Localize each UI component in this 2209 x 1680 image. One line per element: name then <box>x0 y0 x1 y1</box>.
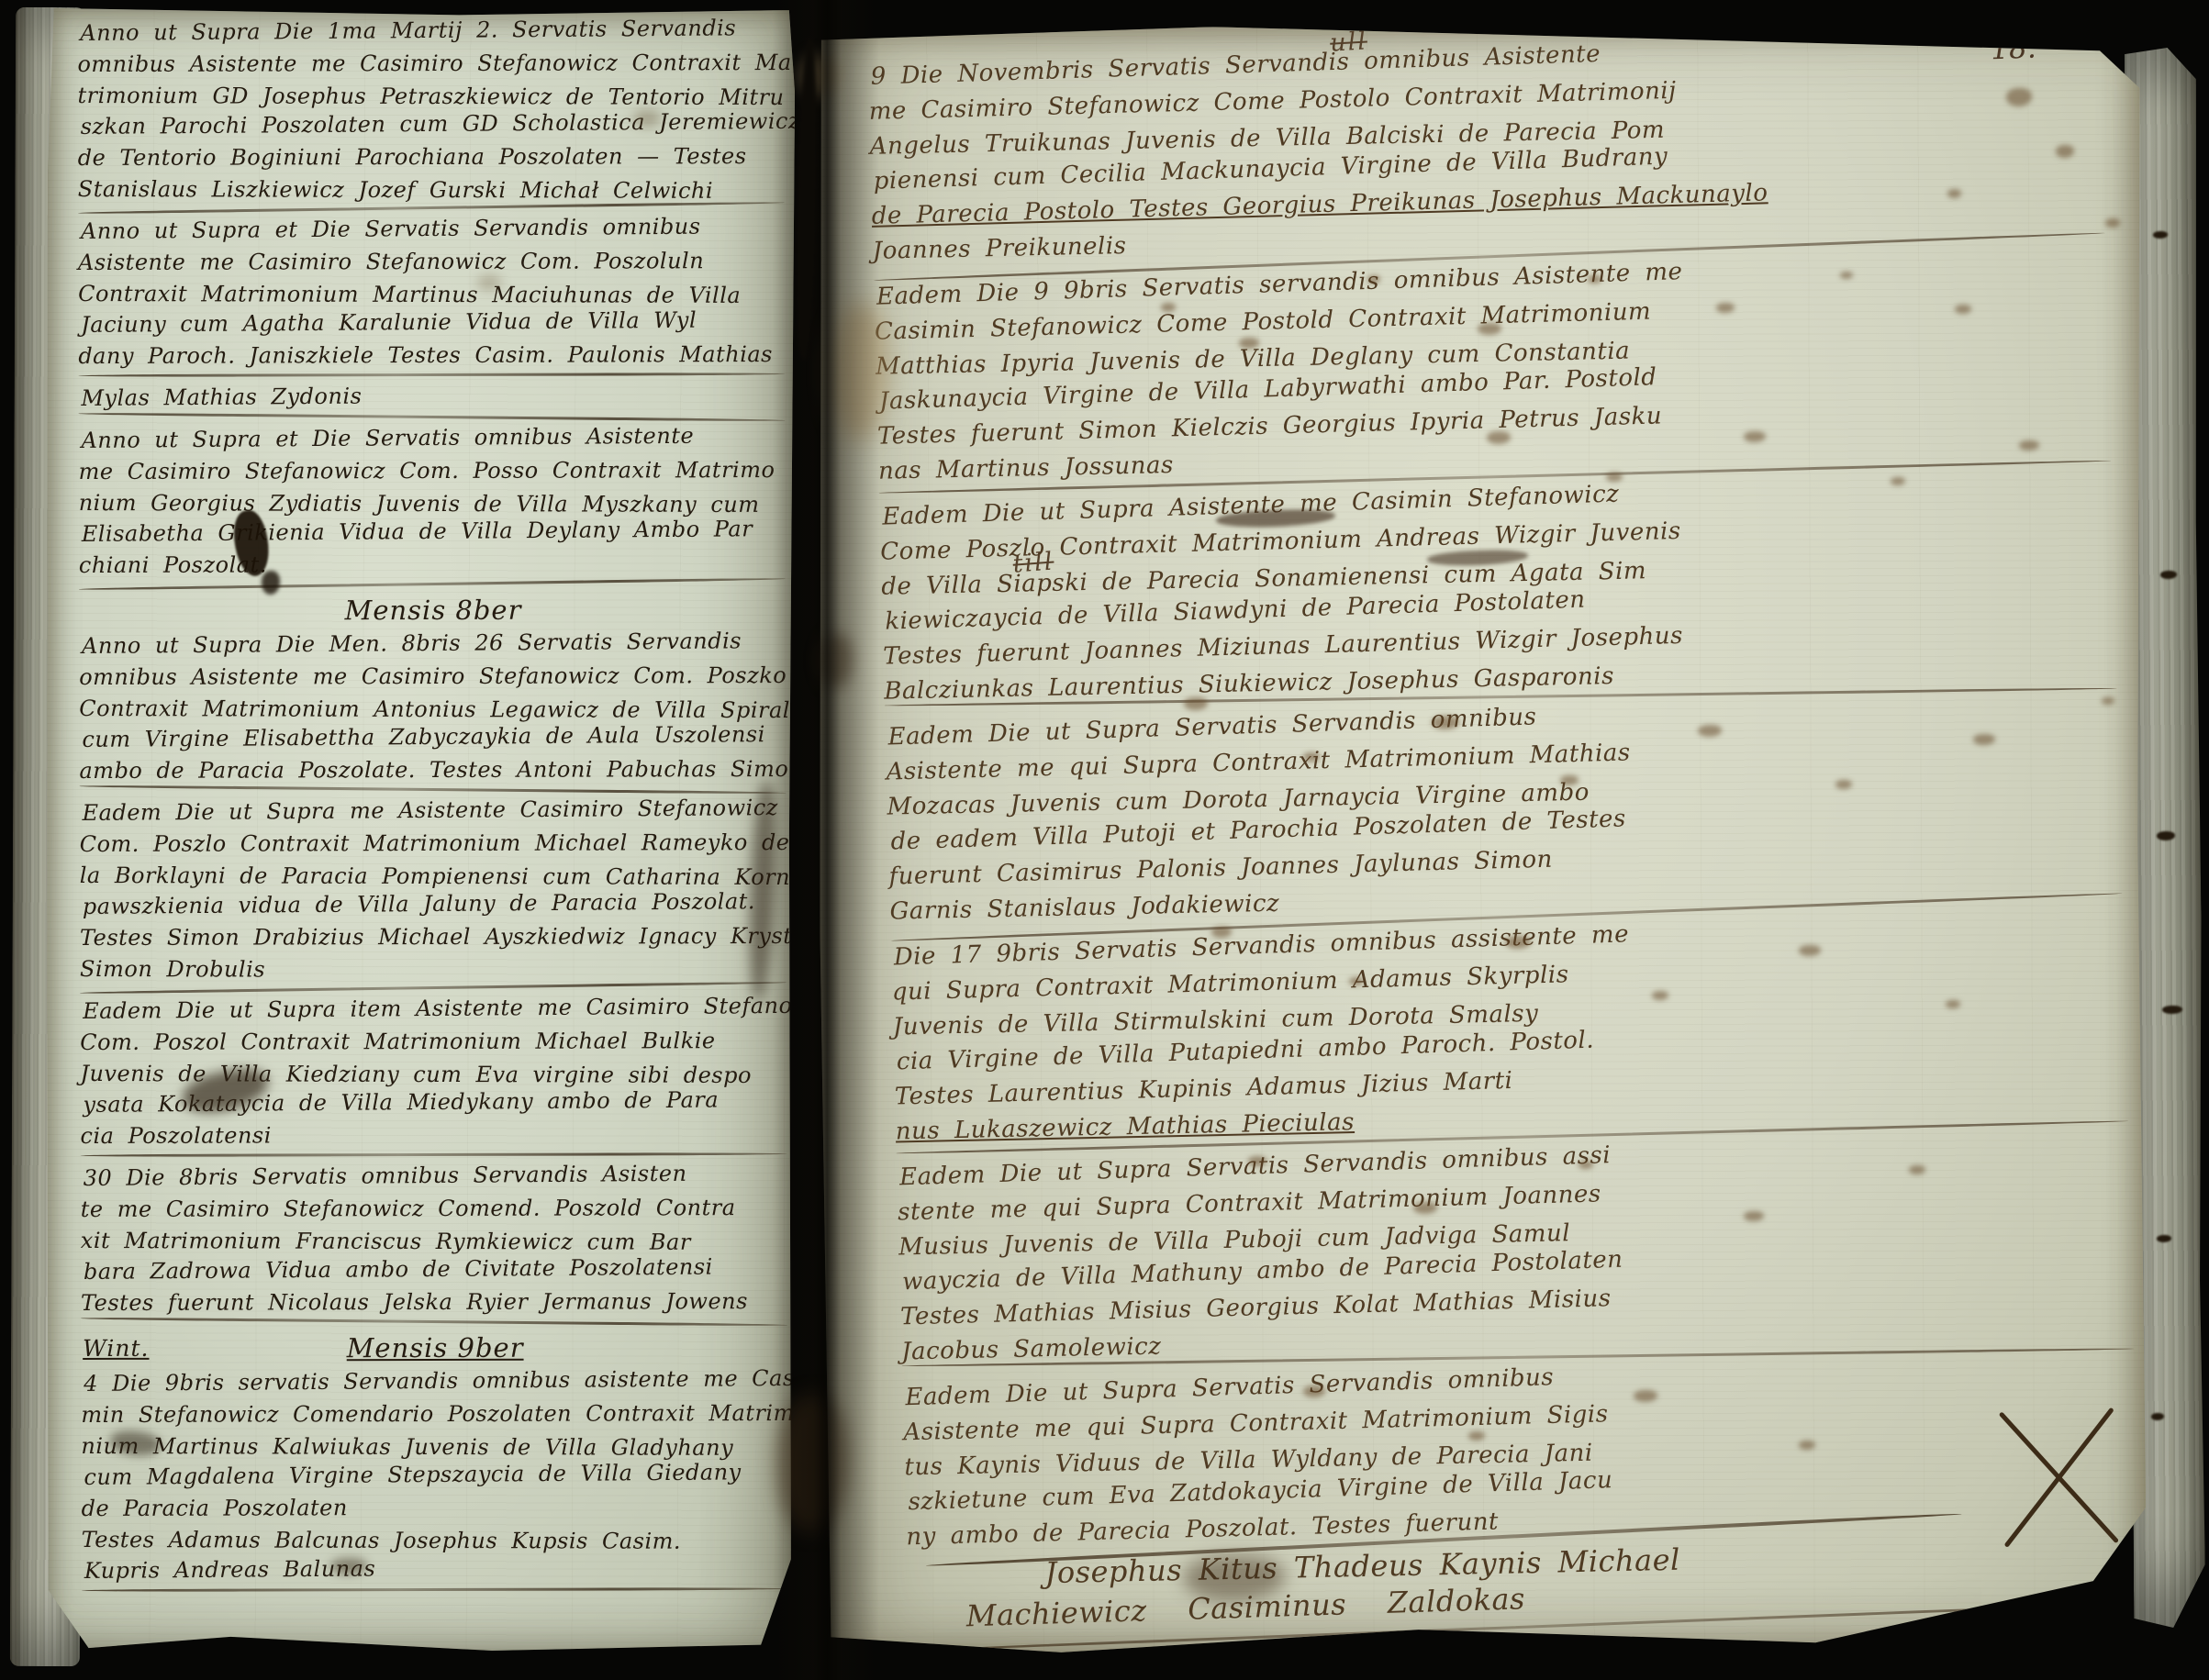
manuscript-line: omnibus Asistente me Casimiro Stefanowic… <box>77 47 786 80</box>
manuscript-line: de Paracia Poszolaten <box>82 1491 790 1524</box>
manuscript-line: Eadem Die ut Supra me Asistente Casimiro… <box>82 792 790 829</box>
manuscript-line: Com. Poszol Contraxit Matrimonium Michae… <box>80 1025 788 1058</box>
register-entry: Die 17 9bris Servatis Servandis omnibus … <box>890 907 2130 1149</box>
manuscript-line: ambo de Paracia Poszolate. Testes Antoni… <box>79 753 787 786</box>
register-entry: Anno ut Supra Die Men. 8bris 26 Servatis… <box>79 629 787 786</box>
manuscript-line: omnibus Asistente me Casimiro Stefanowic… <box>79 660 787 693</box>
register-entry: Eadem Die ut Supra Servatis Servandis om… <box>902 1348 2143 1639</box>
manuscript-line: ysata Kokataycia de Villa Miedykany ambo… <box>83 1084 791 1120</box>
manuscript-line: te me Casimiro Stefanowicz Comend. Poszo… <box>81 1192 789 1225</box>
register-entry: Eadem Die ut Supra Servatis Servandis om… <box>885 687 2125 929</box>
month-heading: Mensis 8ber <box>79 590 787 630</box>
entry-separator-rule <box>81 1317 787 1326</box>
manuscript-line: Com. Poszlo Contraxit Matrimonium Michae… <box>80 827 788 860</box>
left-page: Anno ut Supra Die 1ma Martij 2. Servatis… <box>44 8 796 1658</box>
manuscript-line: Asistente me Casimiro Stefanowicz Com. P… <box>78 245 787 278</box>
manuscript-line: Elisabetha Grikienia Vidua de Villa Deyl… <box>82 513 790 550</box>
manuscript-line: pawszkienia vidua de Villa Jaluny de Par… <box>83 885 791 922</box>
register-entry: Eadem Die ut Supra me Asistente Casimiro… <box>80 795 789 985</box>
manuscript-line: Eadem Die ut Supra item Asistente me Cas… <box>83 990 791 1027</box>
book-spread: Anno ut Supra Die 1ma Martij 2. Servatis… <box>0 0 2209 1680</box>
manuscript-line: bara Zadrowa Vidua ambo de Civitate Posz… <box>84 1251 792 1287</box>
register-entry: Anno ut Supra et Die Servatis omnibus As… <box>78 423 787 581</box>
x-mark-stroke <box>1998 1411 2119 1543</box>
register-entry: Anno ut Supra Die 1ma Martij 2. Servatis… <box>77 16 787 205</box>
manuscript-line: Anno ut Supra Die Men. 8bris 26 Servatis… <box>82 625 790 662</box>
manuscript-line: dany Paroch. Janiszkiele Testes Casim. P… <box>78 339 787 372</box>
manuscript-line: Stanislaus Liszkiewicz Jozef Gurski Mich… <box>78 173 787 206</box>
entry-separator-rule <box>82 1587 788 1592</box>
register-entry: Mylas Mathias Zydonis <box>78 381 787 414</box>
manuscript-line: cia Poszolatensi <box>80 1118 788 1152</box>
register-entry: Eadem Die 9 9bris Servatis servandis omn… <box>874 248 2114 489</box>
gutter-gap <box>794 39 819 360</box>
month-heading: Mensis 9berWint. <box>81 1328 789 1368</box>
register-entry: 4 Die 9bris servatis Servandis omnibus a… <box>81 1366 790 1586</box>
margin-note: Wint. <box>83 1330 149 1368</box>
manuscript-line: cum Magdalena Virgine Stepszaycia de Vil… <box>84 1456 792 1493</box>
manuscript-line: Testes fuerunt Nicolaus Jelska Ryier Jer… <box>81 1285 789 1318</box>
manuscript-line: Jaciuny cum Agatha Karalunie Vidua de Vi… <box>81 304 789 340</box>
register-entry: Anno ut Supra et Die Servatis Servandis … <box>78 214 787 372</box>
manuscript-line: de Tentorio Boginiuni Parochiana Poszola… <box>78 140 787 173</box>
manuscript-line: 4 Die 9bris servatis Servandis omnibus a… <box>84 1363 792 1399</box>
left-page-text: Anno ut Supra Die 1ma Martij 2. Servatis… <box>77 16 790 1597</box>
manuscript-line: cum Virgine Elisabettha Zabyczaykia de A… <box>82 718 790 755</box>
register-entry: 9 Die Novembris Servatis Servandis omnib… <box>867 28 2107 269</box>
manuscript-line: min Stefanowicz Comendario Poszolaten Co… <box>81 1397 789 1430</box>
register-entry: Eadem Die ut Supra Servatis Servandis om… <box>897 1128 2136 1369</box>
manuscript-line: szkan Parochi Poszolaten cum GD Scholast… <box>81 106 789 142</box>
manuscript-line: me Casimiro Stefanowicz Com. Posso Contr… <box>79 454 787 487</box>
entry-separator-rule <box>81 1152 787 1157</box>
manuscript-line: Anno ut Supra Die 1ma Martij 2. Servatis… <box>80 12 788 49</box>
manuscript-line: Anno ut Supra et Die Servatis omnibus As… <box>81 419 789 456</box>
manuscript-line: Kupris Andreas Balunas <box>84 1550 793 1586</box>
manuscript-line: Testes Simon Drabizius Michael Ayszkiedw… <box>80 920 788 953</box>
entry-separator-rule <box>78 373 785 377</box>
manuscript-line: Mylas Mathias Zydonis <box>81 377 789 414</box>
manuscript-line: Simon Drobulis <box>80 953 788 986</box>
right-page-text: 9 Die Novembris Servatis Servandis omnib… <box>867 28 2143 1651</box>
manuscript-line: Anno ut Supra et Die Servatis Servandis … <box>81 210 789 247</box>
register-entry: 30 Die 8bris Servatis omnibus Servandis … <box>81 1161 789 1318</box>
x-mark <box>1980 1399 2133 1556</box>
manuscript-line: chiani Poszolat. <box>79 548 787 581</box>
register-entry: Eadem Die ut Supra Asistente me Casimin … <box>879 468 2119 709</box>
register-entry: Eadem Die ut Supra item Asistente me Cas… <box>80 994 788 1152</box>
manuscript-line: 30 Die 8bris Servatis omnibus Servandis … <box>84 1157 792 1194</box>
right-page: 18. ull till 9 Die Novembris Servatis Se… <box>816 23 2147 1660</box>
